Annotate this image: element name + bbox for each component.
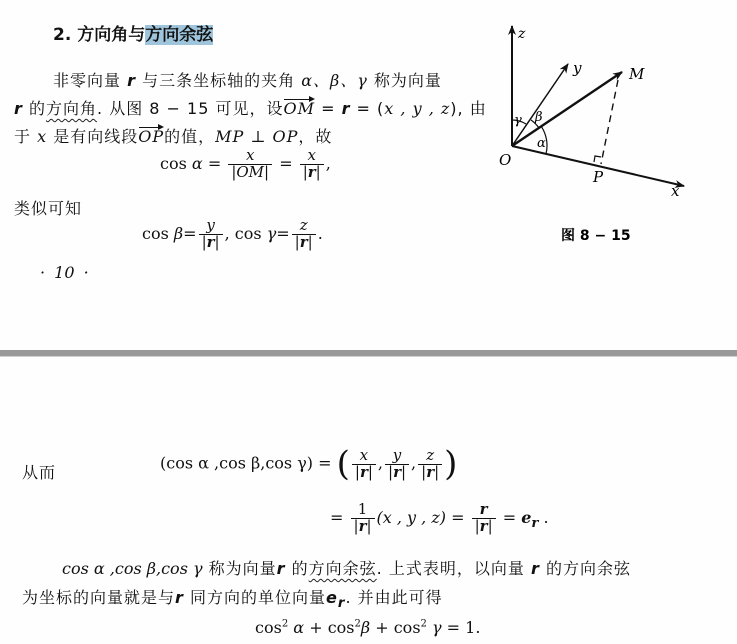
beta: β: [361, 618, 370, 637]
text: 非零向量: [53, 71, 121, 90]
square: 2: [282, 619, 288, 630]
label-P: P: [592, 168, 604, 186]
equation-unit-vector: = 1 |r| (x , y , z) = r |r| = er .: [330, 502, 549, 535]
label-y: y: [572, 59, 582, 77]
plus: +: [375, 618, 388, 637]
unit-vector-e: e: [326, 588, 338, 607]
equals: =: [208, 154, 221, 173]
period: .: [318, 224, 323, 243]
vector-r: r: [127, 71, 136, 90]
fraction: 1 |r|: [351, 502, 375, 535]
vector-OP: OP: [138, 127, 164, 146]
paren-open: (: [337, 444, 350, 484]
denominator: |r|: [351, 518, 375, 535]
term-direction-angle: 方向角: [46, 99, 97, 118]
vector-r: r: [175, 588, 184, 607]
r: r: [393, 463, 401, 481]
similarly-label: 类似可知: [14, 196, 82, 219]
r: r: [308, 163, 316, 181]
gamma: γ: [267, 224, 277, 243]
text: 为坐标的向量就是与: [22, 588, 175, 607]
fraction: z |r|: [418, 448, 442, 481]
label-alpha: α: [537, 136, 546, 151]
equation-direction-cosines: (cos α ,cos β,cos γ) = ( x |r| , y |r| ,…: [160, 447, 457, 481]
section-heading: 2. 方向角与方向余弦: [53, 20, 213, 45]
equals: =: [503, 508, 516, 527]
para1-line3: 于 x 是有向线段OP的值，MP ⊥ OP，故: [14, 124, 332, 147]
figure-caption: 图 8 − 15: [561, 227, 631, 244]
plus: +: [309, 618, 322, 637]
cos: cos: [142, 224, 169, 243]
denominator: |r|: [352, 464, 376, 481]
comma: ,: [326, 154, 331, 173]
numerator: x: [244, 148, 256, 164]
equals: =: [279, 154, 292, 173]
denominator: |r|: [418, 464, 442, 481]
text: 称为向量: [374, 71, 442, 90]
denominator: |r|: [199, 234, 223, 251]
paren-close: ): [444, 444, 457, 484]
r: r: [207, 233, 215, 251]
numerator: y: [204, 218, 216, 234]
numerator: z: [424, 448, 436, 464]
denominator: |r|: [472, 518, 496, 535]
rhs: = 1.: [447, 618, 481, 637]
cosines: cos α ,cos β,cos γ: [62, 559, 203, 578]
r: r: [359, 517, 367, 535]
fraction: r |r|: [472, 502, 496, 535]
comma: ,: [378, 454, 383, 473]
cos: cos: [235, 224, 262, 243]
r: r: [426, 463, 434, 481]
text: 于: [14, 127, 31, 146]
para2-line2: 为坐标的向量就是与r 同方向的单位向量er. 并由此可得: [22, 585, 443, 611]
alpha: α: [293, 618, 304, 637]
label-beta: β: [534, 110, 543, 125]
cos: cos: [328, 618, 355, 637]
denominator: |OM|: [228, 164, 272, 181]
numerator: 1: [356, 502, 370, 518]
fraction: y |r|: [199, 218, 223, 251]
coords: x , y , z: [384, 99, 450, 118]
label-gamma: γ: [514, 113, 522, 128]
angles: α、β、γ: [301, 71, 368, 90]
numerator: x: [305, 148, 317, 164]
dashed-MP: [601, 80, 618, 164]
r: r: [360, 463, 368, 481]
text: 的: [29, 99, 46, 118]
square: 2: [421, 619, 427, 630]
label-x: x: [671, 182, 680, 200]
label-z: z: [517, 26, 526, 42]
text: ，故: [298, 127, 332, 146]
var-x: x: [37, 127, 47, 146]
vector-r: r: [14, 99, 23, 118]
r: r: [480, 517, 488, 535]
text: =: [315, 99, 342, 118]
para1-line1: 非零向量 r 与三条坐标轴的夹角 α、β、γ 称为向量: [53, 68, 442, 91]
equation-cos-beta-gamma: cos β= y |r| , cos γ= z |r| .: [142, 218, 323, 251]
vector-r: r: [531, 559, 540, 578]
cos: cos: [255, 618, 282, 637]
thus-label: 从而: [22, 460, 56, 483]
vector-r: r: [277, 559, 286, 578]
equation-sum-of-squares: cos2 α + cos2β + cos2 γ = 1.: [255, 618, 480, 637]
text: 是有向线段: [53, 127, 138, 146]
fraction: y |r|: [385, 448, 409, 481]
para1-line2: r 的方向角. 从图 8 − 15 可见，设OM = r = (x , y , …: [14, 96, 487, 119]
coords: (x , y , z) =: [377, 508, 465, 527]
vector-OM: OM: [283, 99, 315, 118]
text: . 上式表明，以向量: [377, 559, 525, 578]
equals: =: [330, 508, 343, 527]
numerator: x: [358, 448, 370, 464]
text: 同方向的单位向量: [190, 588, 326, 607]
cos: cos: [160, 154, 187, 173]
term-direction-cosine: 方向余弦: [309, 559, 377, 578]
section-number: 2.: [53, 25, 71, 45]
lhs: (cos α ,cos β,cos γ) =: [160, 454, 332, 473]
denominator: |r|: [385, 464, 409, 481]
text: 的值，: [164, 127, 215, 146]
numerator: y: [391, 448, 403, 464]
unit-vector-e: e: [521, 508, 531, 527]
text: = (: [350, 99, 384, 118]
fraction: x |OM|: [228, 148, 272, 181]
r: r: [300, 233, 308, 251]
cos: cos: [394, 618, 421, 637]
page-separator-shadow: [0, 356, 737, 357]
figure-vector-diagram: z y M O P x γ β α 图 8 − 15: [480, 0, 737, 250]
numerator: z: [298, 218, 310, 234]
para2-line1: cos α ,cos β,cos γ 称为向量r 的方向余弦. 上式表明，以向量…: [62, 556, 631, 579]
label-O: O: [499, 151, 511, 169]
page-number: · 10 ·: [40, 263, 89, 282]
comma: ,: [225, 224, 230, 243]
equation-cos-alpha: cos α = x |OM| = x |r| ,: [160, 148, 331, 181]
text: 的方向余弦: [546, 559, 631, 578]
fraction: x |r|: [352, 448, 376, 481]
heading-text: 方向角与: [77, 25, 145, 45]
text: . 从图 8 − 15 可见，设: [97, 99, 283, 118]
denominator: |r|: [292, 234, 316, 251]
beta: β: [174, 224, 183, 243]
right-angle-mark: [594, 156, 601, 162]
vector-OM: [512, 72, 622, 146]
alpha: α: [192, 154, 203, 173]
heading-highlighted-text[interactable]: 方向余弦: [145, 25, 213, 45]
comma: ,: [411, 454, 416, 473]
period: .: [538, 508, 548, 527]
fraction: z |r|: [292, 218, 316, 251]
text: . 并由此可得: [345, 588, 442, 607]
numerator: r: [478, 502, 490, 518]
text: 的: [292, 559, 309, 578]
perp-relation: MP ⊥ OP: [215, 127, 298, 146]
denominator: |r|: [300, 164, 324, 181]
text: 与三条坐标轴的夹角: [142, 71, 295, 90]
y-axis: [512, 64, 568, 146]
label-M: M: [628, 65, 645, 83]
text: 称为向量: [209, 559, 277, 578]
fraction: x |r|: [300, 148, 324, 181]
gamma: γ: [432, 618, 442, 637]
OM: OM: [236, 163, 264, 181]
